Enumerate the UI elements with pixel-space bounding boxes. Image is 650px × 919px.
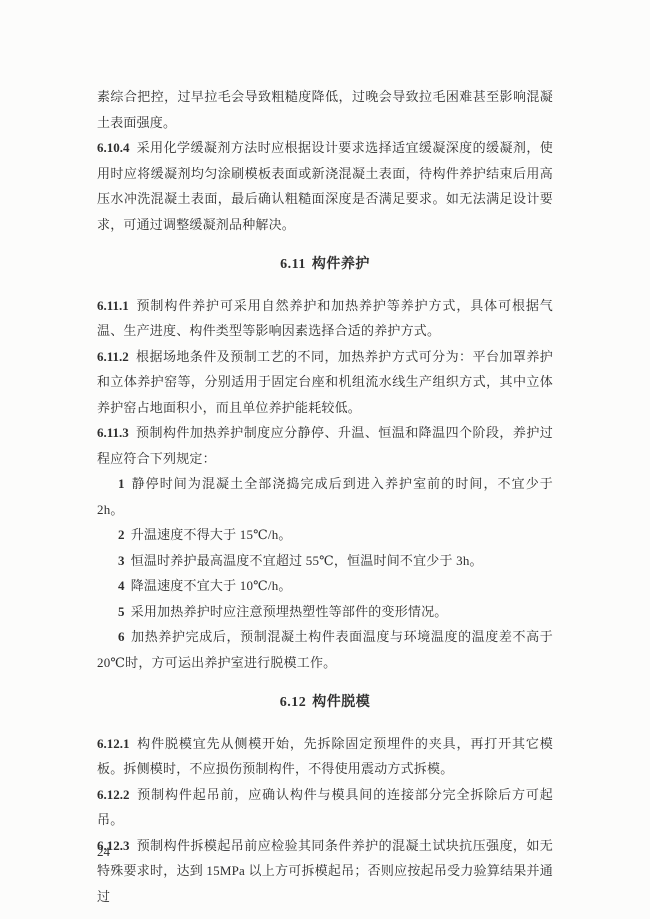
clause-text: 根据场地条件及预制工艺的不同，加热养护方式可分为：平台加罩养护和立体养护窑等，分… bbox=[97, 349, 553, 415]
list-item-4: 4降温速度不宜大于 10℃/h。 bbox=[97, 573, 553, 599]
heading-number: 6.12 bbox=[280, 695, 307, 710]
document-page: 素综合把控，过早拉毛会导致粗糙度降低，过晚会导致拉毛困难甚至影响混凝土表面强度。… bbox=[0, 0, 650, 919]
heading-title: 构件脱模 bbox=[312, 694, 370, 710]
item-number: 5 bbox=[118, 604, 125, 619]
clause-6-11-1: 6.11.1预制构件养护可采用自然养护和加热养护等养护方式，具体可根据气温、生产… bbox=[97, 293, 553, 344]
section-heading-6-11: 6.11构件养护 bbox=[97, 252, 553, 278]
clause-number: 6.11.2 bbox=[97, 349, 129, 364]
item-text: 静停时间为混凝土全部浇捣完成后到进入养护室前的时间，不宜少于 2h。 bbox=[97, 476, 553, 517]
clause-text: 预制构件加热养护制度应分静停、升温、恒温和降温四个阶段，养护过程应符合下列规定： bbox=[97, 425, 553, 466]
heading-title: 构件养护 bbox=[312, 256, 370, 272]
clause-text: 构件脱模宜先从侧模开始，先拆除固定预埋件的夹具，再打开其它模板。拆侧模时，不应损… bbox=[97, 736, 553, 777]
clause-number: 6.12.2 bbox=[97, 787, 130, 802]
item-number: 2 bbox=[118, 527, 125, 542]
clause-text: 采用化学缓凝剂方法时应根据设计要求选择适宜缓凝深度的缓凝剂，使用时应将缓凝剂均匀… bbox=[97, 140, 553, 232]
clause-6-10-4: 6.10.4采用化学缓凝剂方法时应根据设计要求选择适宜缓凝深度的缓凝剂，使用时应… bbox=[97, 135, 553, 237]
clause-text: 预制构件养护可采用自然养护和加热养护等养护方式，具体可根据气温、生产进度、构件类… bbox=[97, 298, 553, 339]
clause-number: 6.10.4 bbox=[97, 140, 130, 155]
page-number: 24 bbox=[97, 842, 110, 862]
item-text: 恒温时养护最高温度不宜超过 55℃，恒温时间不宜少于 3h。 bbox=[131, 553, 483, 568]
item-text: 降温速度不宜大于 10℃/h。 bbox=[131, 578, 292, 593]
clause-number: 6.11.3 bbox=[97, 425, 129, 440]
item-number: 3 bbox=[118, 553, 125, 568]
clause-text: 预制构件起吊前，应确认构件与模具间的连接部分完全拆除后方可起吊。 bbox=[97, 787, 553, 828]
list-item-5: 5采用加热养护时应注意预埋热塑性等部件的变形情况。 bbox=[97, 599, 553, 625]
clause-text: 预制构件拆模起吊前应检验其同条件养护的混凝土试块抗压强度，如无特殊要求时，达到 … bbox=[97, 838, 553, 904]
list-item-3: 3恒温时养护最高温度不宜超过 55℃，恒温时间不宜少于 3h。 bbox=[97, 548, 553, 574]
item-text: 采用加热养护时应注意预埋热塑性等部件的变形情况。 bbox=[131, 604, 448, 619]
clause-6-11-2: 6.11.2根据场地条件及预制工艺的不同，加热养护方式可分为：平台加罩养护和立体… bbox=[97, 344, 553, 421]
clause-number: 6.11.1 bbox=[97, 298, 129, 313]
item-text: 升温速度不得大于 15℃/h。 bbox=[131, 527, 292, 542]
paragraph-text: 素综合把控，过早拉毛会导致粗糙度降低，过晚会导致拉毛困难甚至影响混凝土表面强度。 bbox=[97, 89, 553, 130]
item-number: 4 bbox=[118, 578, 125, 593]
item-text: 加热养护完成后，预制混凝土构件表面温度与环境温度的温度差不高于 20℃时，方可运… bbox=[97, 629, 553, 670]
paragraph-continuation: 素综合把控，过早拉毛会导致粗糙度降低，过晚会导致拉毛困难甚至影响混凝土表面强度。 bbox=[97, 84, 553, 135]
list-item-1: 1静停时间为混凝土全部浇捣完成后到进入养护室前的时间，不宜少于 2h。 bbox=[97, 471, 553, 522]
clause-6-12-2: 6.12.2预制构件起吊前，应确认构件与模具间的连接部分完全拆除后方可起吊。 bbox=[97, 782, 553, 833]
clause-6-12-1: 6.12.1构件脱模宜先从侧模开始，先拆除固定预埋件的夹具，再打开其它模板。拆侧… bbox=[97, 731, 553, 782]
clause-6-11-3: 6.11.3预制构件加热养护制度应分静停、升温、恒温和降温四个阶段，养护过程应符… bbox=[97, 420, 553, 471]
list-item-2: 2升温速度不得大于 15℃/h。 bbox=[97, 522, 553, 548]
list-item-6: 6加热养护完成后，预制混凝土构件表面温度与环境温度的温度差不高于 20℃时，方可… bbox=[97, 624, 553, 675]
section-heading-6-12: 6.12构件脱模 bbox=[97, 690, 553, 716]
item-number: 6 bbox=[118, 629, 125, 644]
clause-6-12-3: 6.12.3预制构件拆模起吊前应检验其同条件养护的混凝土试块抗压强度，如无特殊要… bbox=[97, 833, 553, 910]
body-text-block: 素综合把控，过早拉毛会导致粗糙度降低，过晚会导致拉毛困难甚至影响混凝土表面强度。… bbox=[97, 84, 553, 909]
clause-number: 6.12.1 bbox=[97, 736, 130, 751]
heading-number: 6.11 bbox=[280, 257, 306, 272]
item-number: 1 bbox=[118, 476, 125, 491]
